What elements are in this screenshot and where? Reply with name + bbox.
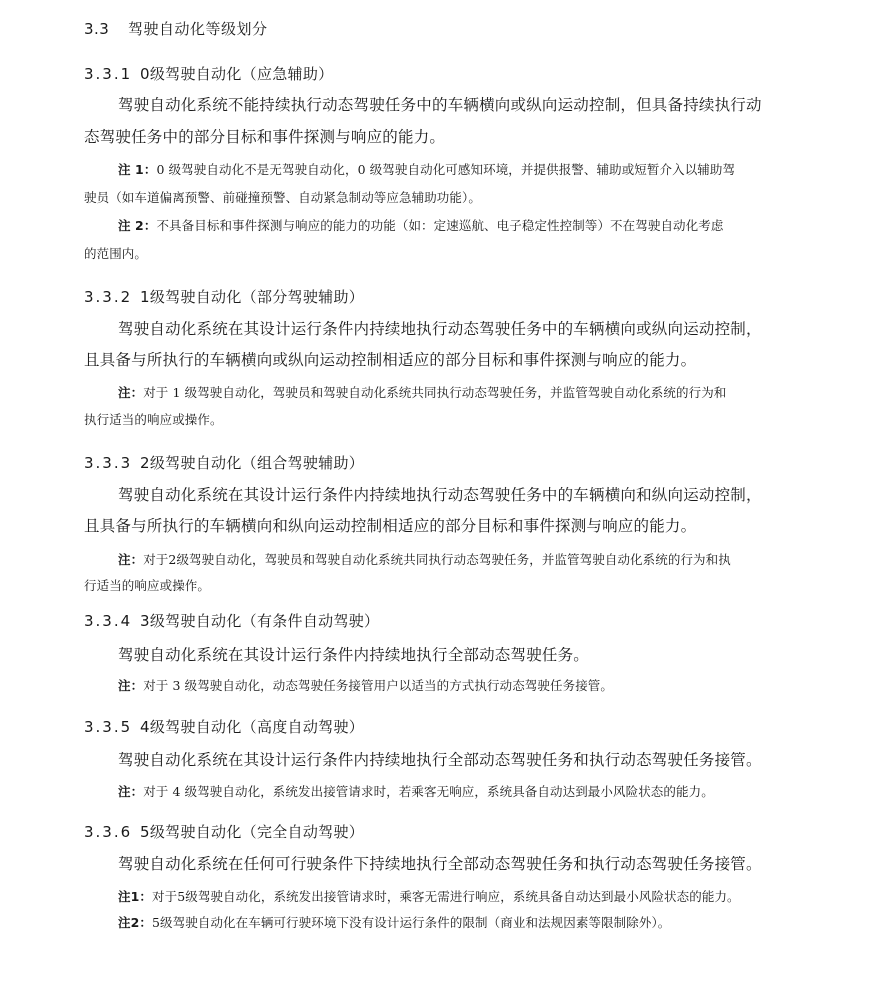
paragraph-line: 且具备与所执行的车辆横向或纵向运动控制相适应的部分目标和事件探测与响应的能力。 (84, 353, 696, 369)
subsection-heading-3-3-5: 3.3.54级驾驶自动化（高度自动驾驶） (84, 720, 364, 735)
note-text: 对于2级驾驶自动化，驾驶员和驾驶自动化系统共同执行动态驾驶任务，并监管驾驶自动化… (143, 552, 731, 567)
subsection-title: 0级驾驶自动化（应急辅助） (140, 65, 333, 83)
note-text: 0 级驾驶自动化不是无驾驶自动化，0 级驾驶自动化可感知环境，并提供报警、辅助或… (156, 162, 735, 177)
note-line: 注1：对于5级驾驶自动化，系统发出接管请求时，乘客无需进行响应，系统具备自动达到… (118, 891, 740, 904)
note-line: 注：对于 3 级驾驶自动化，动态驾驶任务接管用户以适当的方式执行动态驾驶任务接管… (118, 680, 613, 693)
subsection-number: 3.3.6 (84, 825, 140, 840)
note-label: 注： (118, 385, 143, 400)
note-label: 注 1： (118, 162, 156, 177)
note-label: 注： (118, 552, 143, 567)
note-line: 注 2：不具备目标和事件探测与响应的能力的功能（如：定速巡航、电子稳定性控制等）… (118, 220, 723, 233)
subsection-heading-3-3-1: 3.3.10级驾驶自动化（应急辅助） (84, 67, 333, 82)
subsection-number: 3.3.3 (84, 456, 140, 471)
note-text: 对于 3 级驾驶自动化，动态驾驶任务接管用户以适当的方式执行动态驾驶任务接管。 (143, 678, 613, 693)
note-line: 执行适当的响应或操作。 (84, 414, 223, 427)
note-label: 注1： (118, 889, 152, 904)
section-heading: 3.3驾驶自动化等级划分 (84, 22, 268, 37)
note-line: 的范围内。 (84, 248, 147, 261)
note-text: 对于 4 级驾驶自动化，系统发出接管请求时，若乘客无响应，系统具备自动达到最小风… (143, 784, 714, 799)
subsection-heading-3-3-6: 3.3.65级驾驶自动化（完全自动驾驶） (84, 825, 364, 840)
document-page: 3.3驾驶自动化等级划分 3.3.10级驾驶自动化（应急辅助） 驾驶自动化系统不… (0, 0, 876, 996)
paragraph-line: 驾驶自动化系统在任何可行驶条件下持续地执行全部动态驾驶任务和执行动态驾驶任务接管… (118, 857, 762, 873)
note-text: 对于5级驾驶自动化，系统发出接管请求时，乘客无需进行响应，系统具备自动达到最小风… (152, 889, 740, 904)
subsection-heading-3-3-4: 3.3.43级驾驶自动化（有条件自动驾驶） (84, 614, 379, 629)
subsection-title: 3级驾驶自动化（有条件自动驾驶） (140, 612, 379, 630)
note-line: 注：对于 1 级驾驶自动化，驾驶员和驾驶自动化系统共同执行动态驾驶任务，并监管驾… (118, 387, 726, 400)
note-label: 注： (118, 784, 143, 799)
paragraph-line: 驾驶自动化系统不能持续执行动态驾驶任务中的车辆横向或纵向运动控制，但具备持续执行… (118, 98, 762, 114)
subsection-number: 3.3.5 (84, 720, 140, 735)
note-text: 5级驾驶自动化在车辆可行驶环境下没有设计运行条件的限制（商业和法规因素等限制除外… (152, 915, 670, 930)
subsection-number: 3.3.2 (84, 290, 140, 305)
subsection-title: 5级驾驶自动化（完全自动驾驶） (140, 823, 364, 841)
subsection-number: 3.3.4 (84, 614, 140, 629)
section-title: 驾驶自动化等级划分 (128, 20, 268, 38)
note-line: 注：对于2级驾驶自动化，驾驶员和驾驶自动化系统共同执行动态驾驶任务，并监管驾驶自… (118, 554, 731, 567)
paragraph-line: 态驾驶任务中的部分目标和事件探测与响应的能力。 (84, 130, 445, 146)
note-text: 不具备目标和事件探测与响应的能力的功能（如：定速巡航、电子稳定性控制等）不在驾驶… (156, 218, 723, 233)
subsection-title: 4级驾驶自动化（高度自动驾驶） (140, 718, 364, 736)
paragraph-line: 驾驶自动化系统在其设计运行条件内持续地执行全部动态驾驶任务和执行动态驾驶任务接管… (118, 753, 762, 769)
subsection-title: 2级驾驶自动化（组合驾驶辅助） (140, 454, 364, 472)
note-line: 行适当的响应或操作。 (84, 580, 210, 593)
subsection-heading-3-3-3: 3.3.32级驾驶自动化（组合驾驶辅助） (84, 456, 364, 471)
note-label: 注： (118, 678, 143, 693)
note-line: 注 1：0 级驾驶自动化不是无驾驶自动化，0 级驾驶自动化可感知环境，并提供报警… (118, 164, 735, 177)
paragraph-line: 驾驶自动化系统在其设计运行条件内持续地执行动态驾驶任务中的车辆横向或纵向运动控制… (118, 322, 762, 338)
note-line: 注：对于 4 级驾驶自动化，系统发出接管请求时，若乘客无响应，系统具备自动达到最… (118, 786, 714, 799)
subsection-title: 1级驾驶自动化（部分驾驶辅助） (140, 288, 364, 306)
subsection-number: 3.3.1 (84, 67, 140, 82)
section-number: 3.3 (84, 22, 128, 37)
note-label: 注 2： (118, 218, 156, 233)
paragraph-line: 驾驶自动化系统在其设计运行条件内持续地执行动态驾驶任务中的车辆横向和纵向运动控制… (118, 488, 762, 504)
note-line: 驶员（如车道偏离预警、前碰撞预警、自动紧急制动等应急辅助功能）。 (84, 192, 481, 205)
subsection-heading-3-3-2: 3.3.21级驾驶自动化（部分驾驶辅助） (84, 290, 364, 305)
note-label: 注2： (118, 915, 152, 930)
note-line: 注2：5级驾驶自动化在车辆可行驶环境下没有设计运行条件的限制（商业和法规因素等限… (118, 917, 670, 930)
note-text: 对于 1 级驾驶自动化，驾驶员和驾驶自动化系统共同执行动态驾驶任务，并监管驾驶自… (143, 385, 726, 400)
paragraph-line: 且具备与所执行的车辆横向和纵向运动控制相适应的部分目标和事件探测与响应的能力。 (84, 519, 696, 535)
paragraph-line: 驾驶自动化系统在其设计运行条件内持续地执行全部动态驾驶任务。 (118, 648, 589, 664)
